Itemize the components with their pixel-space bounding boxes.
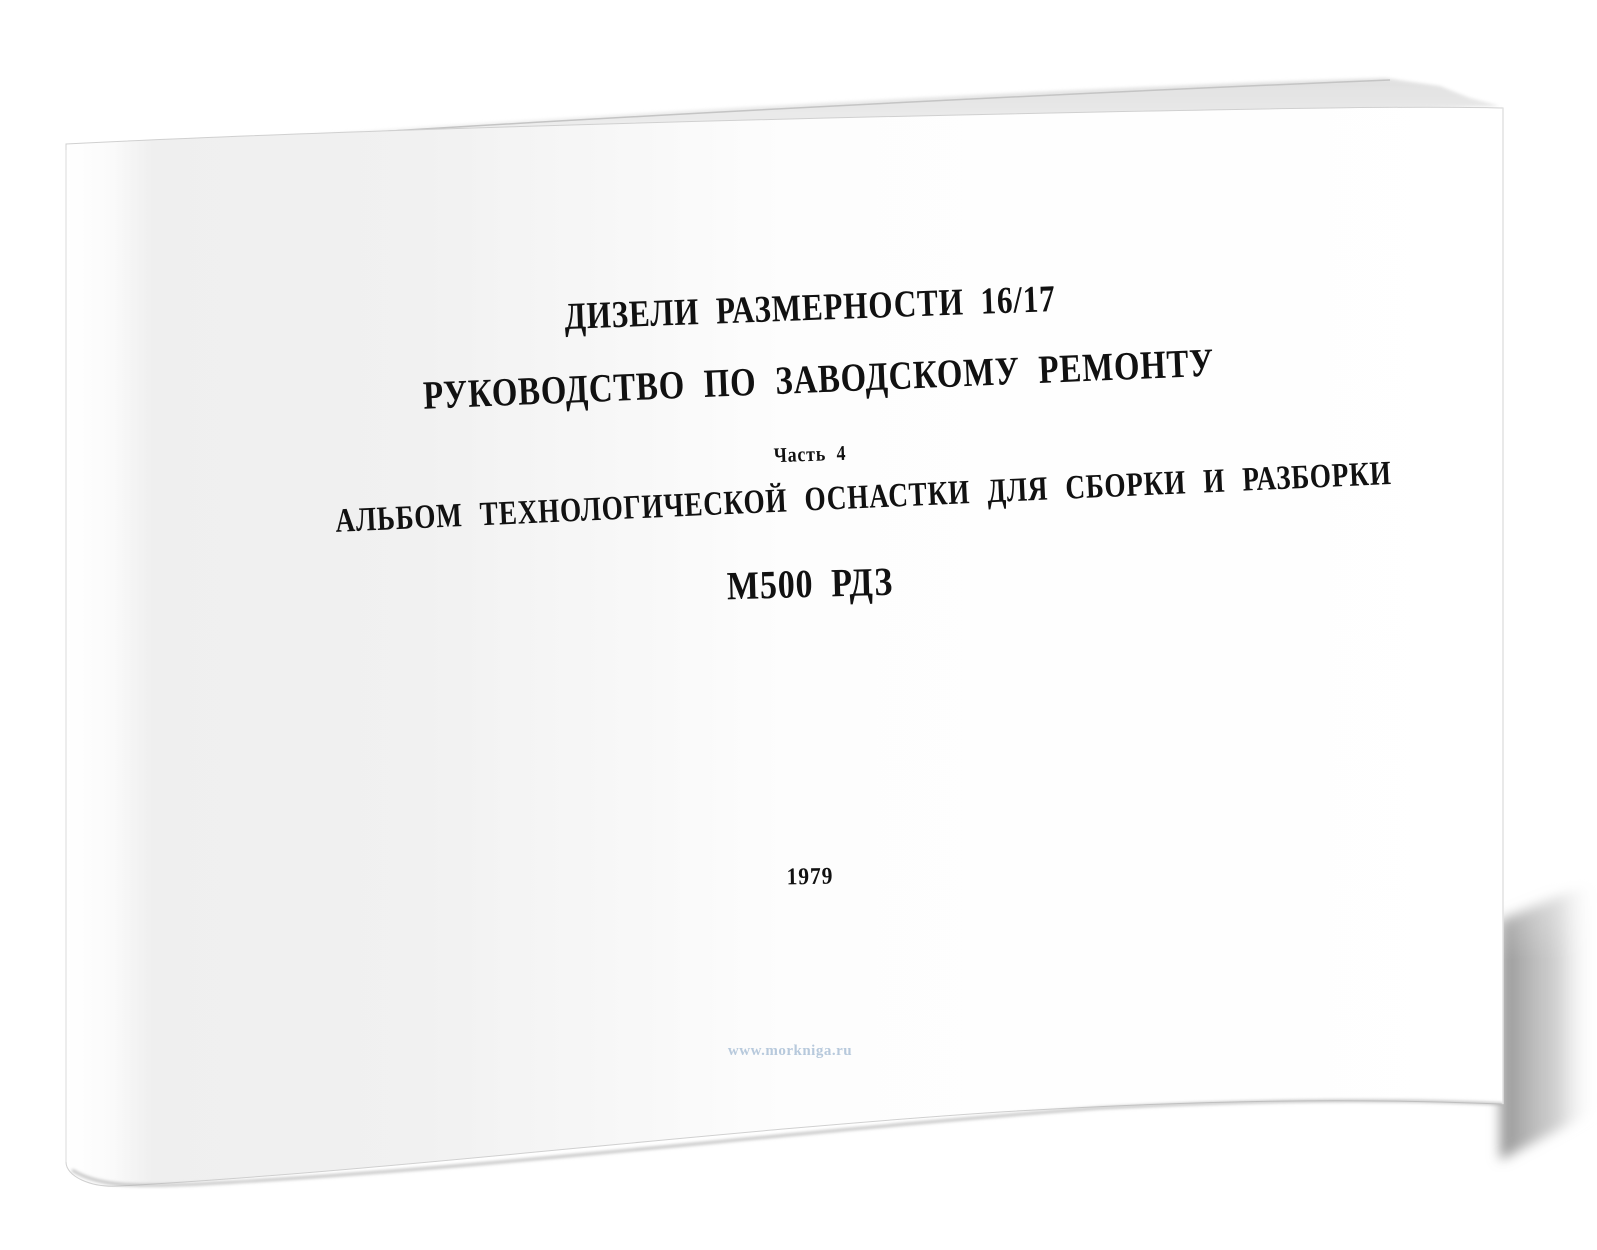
- cover-part-label: Часть 4: [750, 440, 870, 469]
- cast-shadow: [1500, 860, 1597, 1160]
- cover-model-code: М500 РДЗ: [707, 557, 912, 610]
- booklet-mockup: ДИЗЕЛИ РАЗМЕРНОСТИ 16/17 РУКОВОДСТВО ПО …: [0, 0, 1597, 1250]
- cover-year: 1979: [765, 863, 855, 892]
- cover-page: [66, 107, 1503, 1186]
- watermark-text: www.morkniga.ru: [690, 1043, 890, 1060]
- booklet-illustration: [0, 0, 1597, 1250]
